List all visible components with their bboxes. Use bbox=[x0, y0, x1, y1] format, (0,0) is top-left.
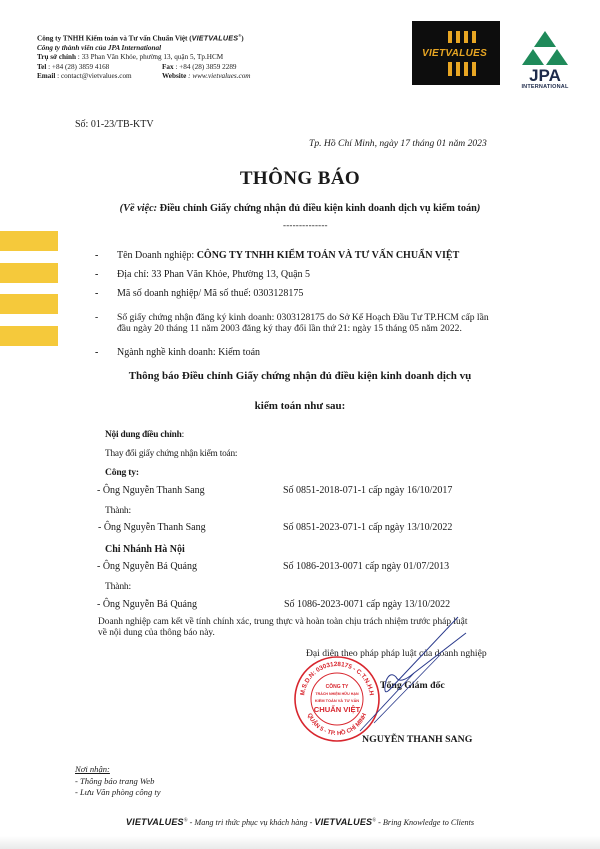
adjust-heading: Nội dung điều chỉnh: bbox=[105, 430, 184, 440]
margin-mark bbox=[0, 326, 58, 346]
signature-icon bbox=[330, 615, 470, 735]
document-date: Tp. Hồ Chí Minh, ngày 17 tháng 01 năm 20… bbox=[309, 138, 487, 149]
website-link[interactable]: : www.vietvalues.com bbox=[188, 72, 250, 80]
document-number: Số: 01-23/TB-KTV bbox=[75, 119, 154, 130]
adjust-cert: Số 1086-2023-0071 cấp ngày 13/10/2022 bbox=[284, 599, 450, 610]
notice-heading-line1: Thông báo Điều chỉnh Giấy chứng nhận đủ … bbox=[0, 370, 600, 382]
info-company-name: -Tên Doanh nghiệp: CÔNG TY TNHH KIỂM TOÁ… bbox=[95, 250, 459, 261]
margin-mark bbox=[0, 263, 58, 283]
letterhead: Công ty TNHH Kiểm toán và Tư vấn Chuẩn V… bbox=[37, 31, 244, 81]
footer-slogan: VIETVALUES® - Mang tri thức phục vụ khác… bbox=[0, 817, 600, 827]
document-title: THÔNG BÁO bbox=[0, 168, 600, 190]
adjust-cert: Số 1086-2013-0071 cấp ngày 01/07/2013 bbox=[283, 561, 449, 572]
adjust-person: - Ông Nguyễn Thanh Sang bbox=[98, 522, 206, 533]
info-license-cont: đầu ngày 20 tháng 11 năm 2003 đăng ký th… bbox=[117, 323, 462, 334]
page-edge-shadow bbox=[0, 836, 600, 849]
adjust-cert: Số 0851-2023-071-1 cấp ngày 13/10/2022 bbox=[283, 522, 452, 533]
info-tax-code: -Mã số doanh nghiệp/ Mã số thuế: 0303128… bbox=[95, 288, 303, 299]
letterhead-member: Công ty thành viên của JPA International bbox=[37, 44, 244, 53]
adjust-person: - Ông Nguyễn Thanh Sang bbox=[97, 485, 205, 496]
notice-heading-line2: kiểm toán như sau: bbox=[0, 400, 600, 412]
letterhead-contact: Email : contact@vietvalues.com Website :… bbox=[37, 72, 244, 81]
adjust-change: Thay đổi giấy chứng nhận kiểm toán: bbox=[105, 449, 237, 459]
letterhead-company: Công ty TNHH Kiểm toán và Tư vấn Chuẩn V… bbox=[37, 31, 244, 44]
adjust-cert: Số 0851-2018-071-1 cấp ngày 16/10/2017 bbox=[283, 485, 452, 496]
email-link[interactable]: : contact@vietvalues.com bbox=[57, 72, 131, 80]
margin-mark bbox=[0, 231, 58, 251]
letterhead-phone: Tel : +84 (28) 3859 4168 Fax : +84 (28) … bbox=[37, 63, 244, 72]
recipient-item: - Thông báo trang Web bbox=[75, 776, 161, 788]
separator-rule: -------------- bbox=[283, 220, 328, 230]
info-address: -Địa chỉ: 33 Phan Văn Khỏe, Phường 13, Q… bbox=[95, 269, 310, 280]
vietvalues-logo: VIETVALUES bbox=[412, 21, 500, 85]
letterhead-address: Trụ sở chính : 33 Phan Văn Khỏe, phường … bbox=[37, 53, 244, 62]
adjust-into-label: Thành: bbox=[105, 505, 131, 516]
jpa-triangle-icon bbox=[515, 30, 575, 66]
info-license: -Số giấy chứng nhận đăng ký kinh doanh: … bbox=[95, 312, 489, 323]
recipients-label: Nơi nhận: bbox=[75, 764, 161, 776]
recipients: Nơi nhận: - Thông báo trang Web - Lưu Vă… bbox=[75, 764, 161, 799]
adjust-person: - Ông Nguyễn Bá Quảng bbox=[97, 599, 197, 610]
adjust-branch-label: Chi Nhánh Hà Nội bbox=[105, 544, 185, 555]
margin-mark bbox=[0, 294, 58, 314]
adjust-company-label: Công ty: bbox=[105, 467, 139, 478]
adjust-person: - Ông Nguyễn Bá Quảng bbox=[97, 561, 197, 572]
document-subject: (Về việc: Điều chỉnh Giấy chứng nhận đủ … bbox=[0, 203, 600, 214]
info-industry: -Ngành nghề kinh doanh: Kiểm toán bbox=[95, 347, 260, 358]
recipient-item: - Lưu Văn phòng công ty bbox=[75, 787, 161, 799]
signer-name: NGUYỄN THANH SANG bbox=[362, 734, 472, 745]
jpa-logo: JPA INTERNATIONAL bbox=[515, 30, 575, 90]
adjust-into-label: Thành: bbox=[105, 581, 131, 592]
